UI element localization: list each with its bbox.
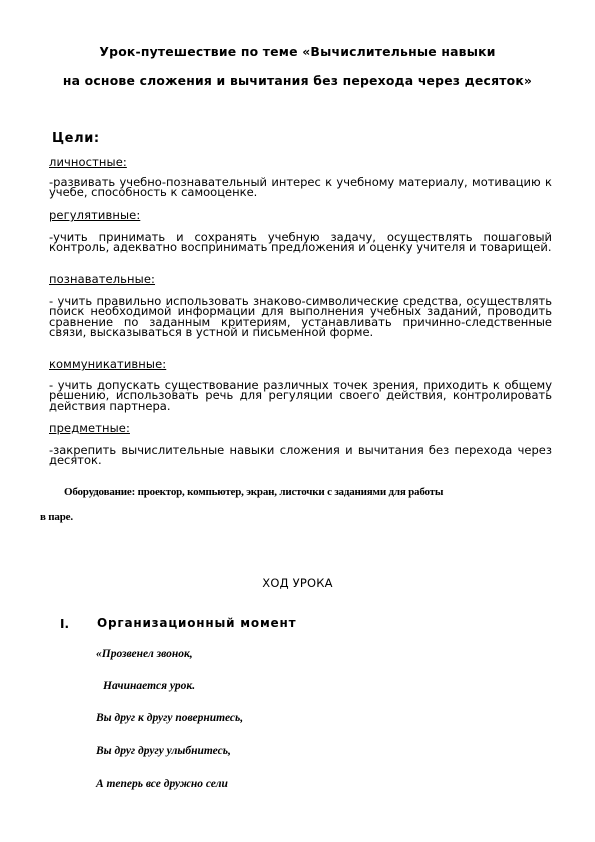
goal-label-regulatory: регулятивные:	[49, 208, 140, 222]
poem-line-4: Вы друг другу улыбнитесь,	[96, 745, 231, 757]
goal-label-communicative: коммуникативные:	[49, 357, 166, 371]
section-number: I.	[60, 617, 69, 631]
poem-line-5: А теперь все дружно сели	[96, 778, 228, 790]
equipment-paragraph: Оборудование: проектор, компьютер, экран…	[40, 480, 560, 530]
goal-label-subject: предметные:	[49, 421, 130, 435]
goal-label-cognitive: познавательные:	[49, 272, 155, 286]
poem-line-1: «Прозвенел звонок,	[96, 648, 193, 660]
lesson-course-heading: ХОД УРОКА	[0, 576, 595, 590]
goal-text-communicative: - учить допускать существование различны…	[49, 380, 552, 411]
poem-line-2: Начинается урок.	[103, 680, 195, 692]
section-title: Организационный момент	[97, 616, 296, 630]
title-line-2: на основе сложения и вычитания без перех…	[0, 73, 595, 88]
poem-line-3: Вы друг к другу повернитесь,	[96, 712, 243, 724]
equipment-line-2: в паре.	[40, 505, 560, 530]
goal-label-personal: личностные:	[49, 155, 127, 169]
title-line-1: Урок-путешествие по теме «Вычислительные…	[0, 44, 595, 59]
goal-text-personal: -развивать учебно-познавательный интерес…	[49, 177, 552, 198]
goal-text-regulatory: -учить принимать и сохранять учебную зад…	[49, 232, 552, 253]
goals-heading: Цели:	[52, 131, 100, 146]
goal-text-cognitive: - учить правильно использовать знаково-с…	[49, 296, 552, 337]
equipment-line-1: Оборудование: проектор, компьютер, экран…	[40, 480, 560, 505]
goal-text-subject: -закрепить вычислительные навыки сложени…	[49, 445, 552, 466]
